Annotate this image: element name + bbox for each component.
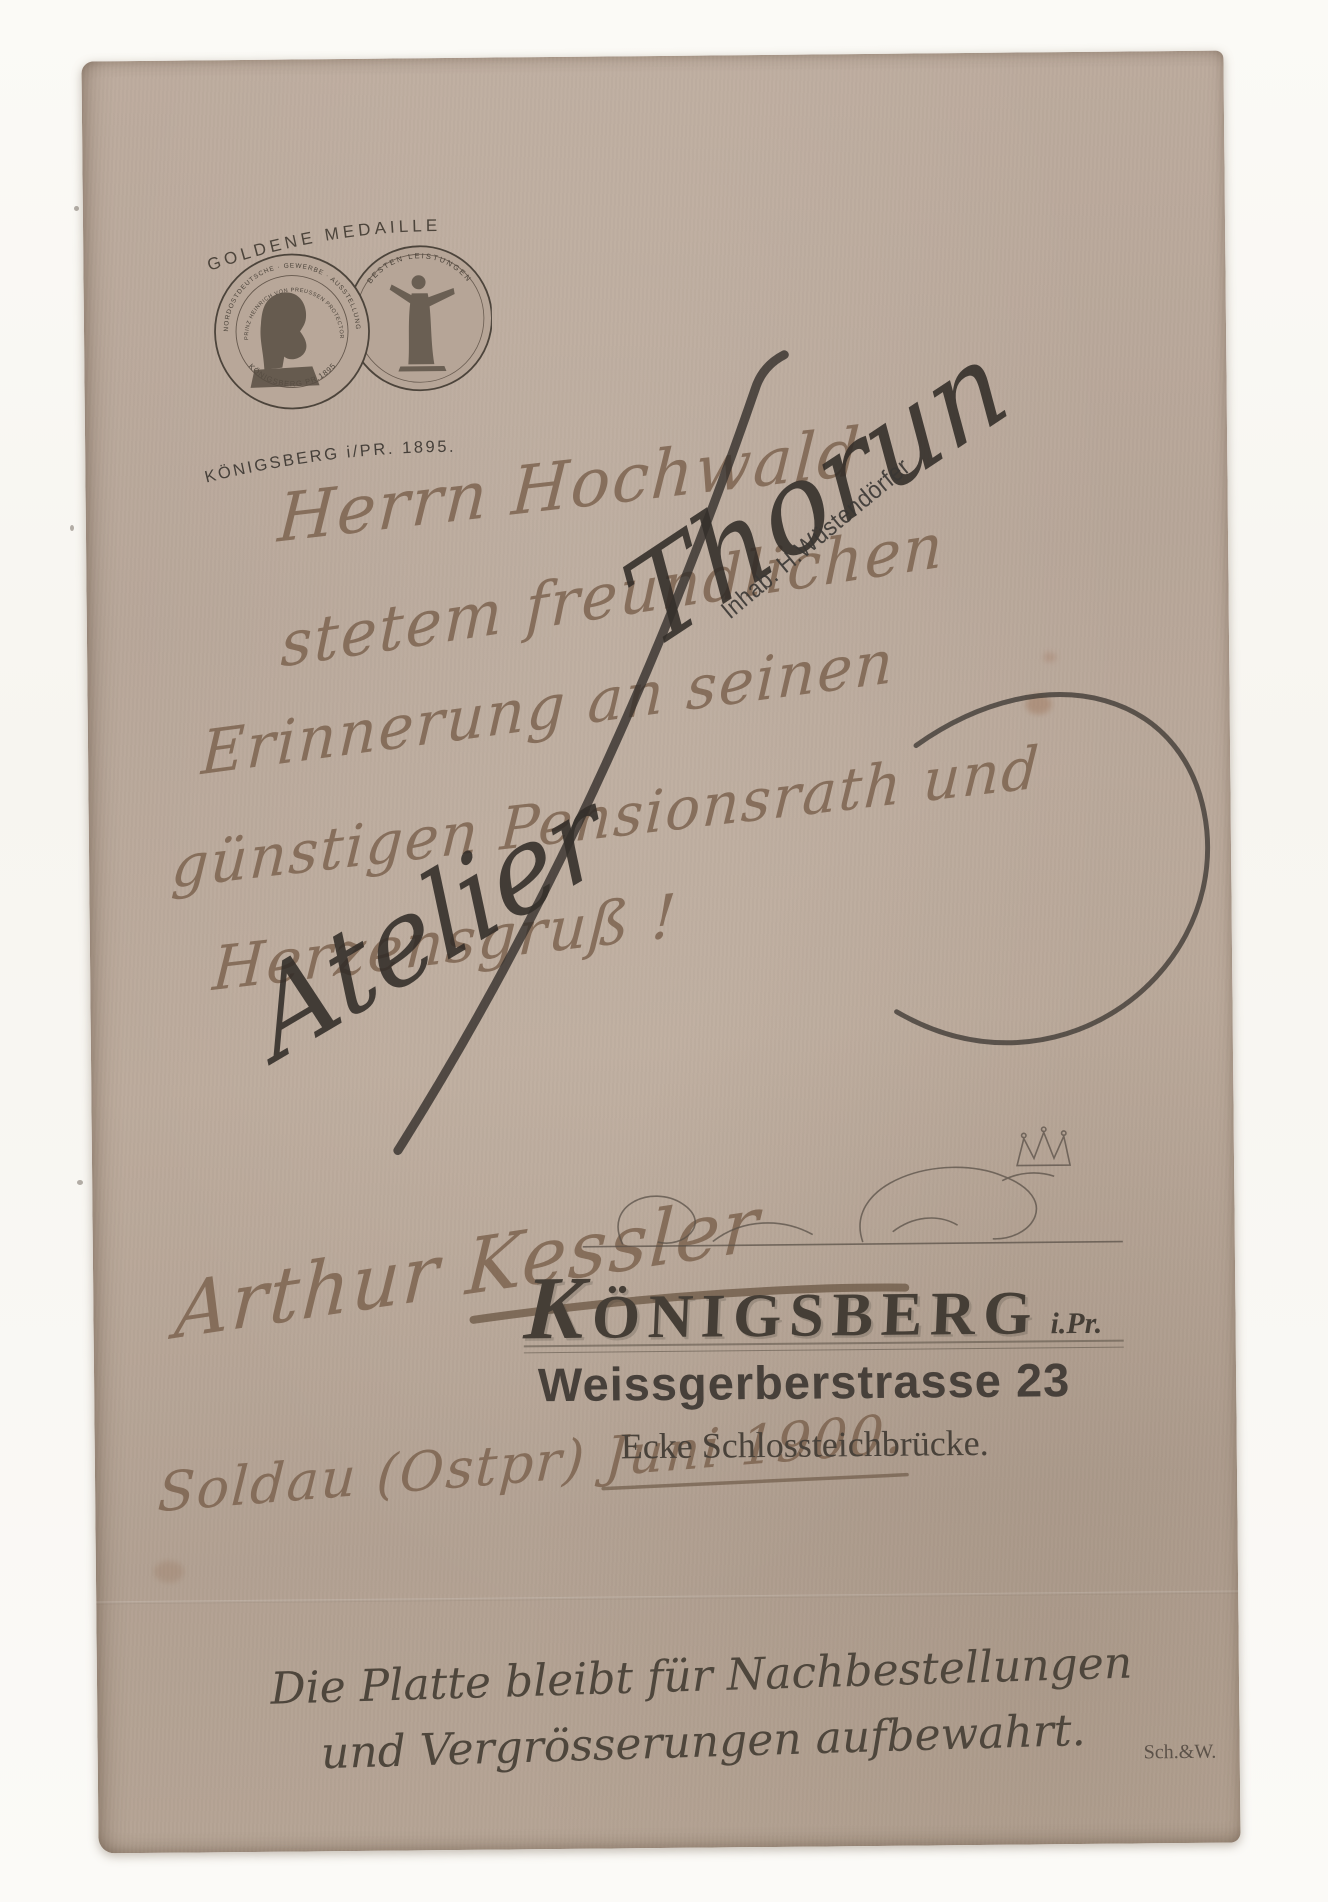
corner-note: Ecke Schlossteichbrücke.	[415, 1420, 1195, 1469]
foxing-stain	[1043, 652, 1056, 662]
reorder-notice: Die Platte bleibt für Nachbestellungen u…	[190, 1628, 1214, 1791]
studio-region: i.Pr.	[1050, 1307, 1102, 1341]
scan-speck	[74, 206, 79, 211]
medal-left-icon: NORDOSTDEUTSCHE · GEWERBE · AUSSTELLUNG …	[214, 254, 369, 409]
foxing-stain	[154, 1561, 184, 1583]
printer-mark: Sch.&W.	[1144, 1741, 1217, 1765]
gold-medal-emblem-icon: GOLDENE MEDAILLE BESTEN LEISTUNGEN NORDO…	[161, 198, 494, 501]
scroll-ornament-icon	[562, 1119, 1143, 1260]
medal-right-icon: BESTEN LEISTUNGEN	[347, 246, 492, 391]
scan-speck	[70, 525, 74, 531]
cabinet-card-back: GOLDENE MEDAILLE BESTEN LEISTUNGEN NORDO…	[81, 51, 1240, 1854]
studio-address: Weissgerberstrasse 23 Ecke Schlossteichb…	[414, 1351, 1195, 1469]
street-address: Weissgerberstrasse 23	[414, 1351, 1194, 1413]
scan-speck	[77, 1180, 83, 1185]
card-crease	[96, 1590, 1238, 1604]
foxing-stain	[1026, 694, 1052, 714]
